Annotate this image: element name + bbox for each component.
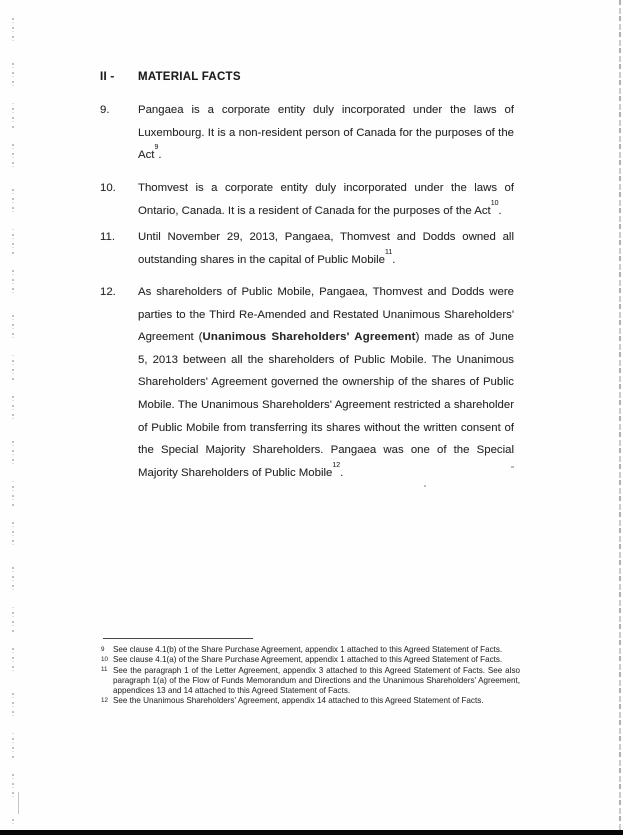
scan-speck xyxy=(511,466,514,468)
scan-artifact-left-edge xyxy=(12,18,14,827)
scan-bar-bottom xyxy=(0,830,623,835)
footnote-number: 12 xyxy=(101,696,108,706)
footnote-text: See the paragraph 1 of the Letter Agreem… xyxy=(113,666,520,696)
numbered-paragraph: 10. Thomvest is a corporate entity duly … xyxy=(100,177,514,222)
paragraph-number: 9. xyxy=(100,99,138,167)
footnote-separator xyxy=(103,638,253,639)
footnote-list: 9 See clause 4.1(b) of the Share Purchas… xyxy=(100,645,520,707)
paragraph-list: 9. Pangaea is a corporate entity duly in… xyxy=(100,0,514,835)
paragraph-text: Thomvest is a corporate entity duly inco… xyxy=(138,177,514,222)
numbered-paragraph: 11. Until November 29, 2013, Pangaea, Th… xyxy=(100,226,514,271)
footnote-text: See the Unanimous Shareholders' Agreemen… xyxy=(113,696,484,705)
footnote-number: 11 xyxy=(101,665,107,675)
paragraph-text: Pangaea is a corporate entity duly incor… xyxy=(138,99,514,167)
footnote-text: See clause 4.1(a) of the Share Purchase … xyxy=(113,655,502,664)
footnote: 9 See clause 4.1(b) of the Share Purchas… xyxy=(100,645,520,655)
document-page: II - MATERIAL FACTS 9. Pangaea is a corp… xyxy=(0,0,623,835)
scan-artifact-right-edge xyxy=(619,0,621,835)
footnote-text: See clause 4.1(b) of the Share Purchase … xyxy=(113,645,502,654)
footnote: 12 See the Unanimous Shareholders' Agree… xyxy=(100,696,520,706)
footnote: 11 See the paragraph 1 of the Letter Agr… xyxy=(100,666,520,697)
paragraph-text: Until November 29, 2013, Pangaea, Thomve… xyxy=(138,226,514,271)
footnote-number: 9 xyxy=(101,645,104,655)
paragraph-number: 10. xyxy=(100,177,138,222)
paragraph-text: As shareholders of Public Mobile, Pangae… xyxy=(138,281,514,484)
paragraph-number: 12. xyxy=(100,281,138,484)
numbered-paragraph: 9. Pangaea is a corporate entity duly in… xyxy=(100,99,514,167)
numbered-paragraph: 12. As shareholders of Public Mobile, Pa… xyxy=(100,281,514,484)
footnotes-section: 9 See clause 4.1(b) of the Share Purchas… xyxy=(100,638,520,707)
scan-speck xyxy=(424,485,426,487)
footnote: 10 See clause 4.1(a) of the Share Purcha… xyxy=(100,655,520,665)
footnote-number: 10 xyxy=(101,655,108,665)
scan-speck xyxy=(18,792,19,814)
page-content: II - MATERIAL FACTS 9. Pangaea is a corp… xyxy=(100,0,514,835)
paragraph-number: 11. xyxy=(100,226,138,271)
